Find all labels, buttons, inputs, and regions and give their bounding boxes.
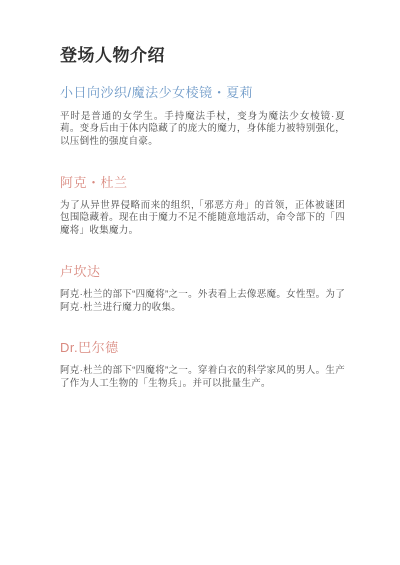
character-description: 为了从异世界侵略而来的组织,「邪恶方舟」的首领，正体被谜团包围隐藏着。现在由于魔… <box>60 200 345 238</box>
character-name-heading: Dr.巴尔德 <box>60 340 345 356</box>
character-name-heading: 卢坎达 <box>60 264 345 280</box>
character-name-link[interactable]: 小日向沙织/魔法少女棱镜・夏莉 <box>60 85 345 101</box>
character-description: 阿克·杜兰的部下“四魔将”之一。外表看上去像恶魔。女性型。为了阿克·杜兰进行魔力… <box>60 289 345 314</box>
character-section: Dr.巴尔德 阿克·杜兰的部下“四魔将”之一。穿着白衣的科学家风的男人。生产了作… <box>60 340 345 391</box>
character-description: 平时是普通的女学生。手持魔法手杖，变身为魔法少女棱镜·夏莉。变身后由于体内隐藏了… <box>60 111 345 149</box>
character-section: 小日向沙织/魔法少女棱镜・夏莉 平时是普通的女学生。手持魔法手杖，变身为魔法少女… <box>60 85 345 148</box>
character-description: 阿克·杜兰的部下“四魔将”之一。穿着白衣的科学家风的男人。生产了作为人工生物的「… <box>60 365 345 390</box>
character-name-heading: 阿克・杜兰 <box>60 175 345 191</box>
character-section: 卢坎达 阿克·杜兰的部下“四魔将”之一。外表看上去像恶魔。女性型。为了阿克·杜兰… <box>60 264 345 315</box>
document-page: 登场人物介绍 小日向沙织/魔法少女棱镜・夏莉 平时是普通的女学生。手持魔法手杖，… <box>0 0 400 565</box>
page-title: 登场人物介绍 <box>60 46 345 66</box>
character-section: 阿克・杜兰 为了从异世界侵略而来的组织,「邪恶方舟」的首领，正体被谜团包围隐藏着… <box>60 175 345 238</box>
